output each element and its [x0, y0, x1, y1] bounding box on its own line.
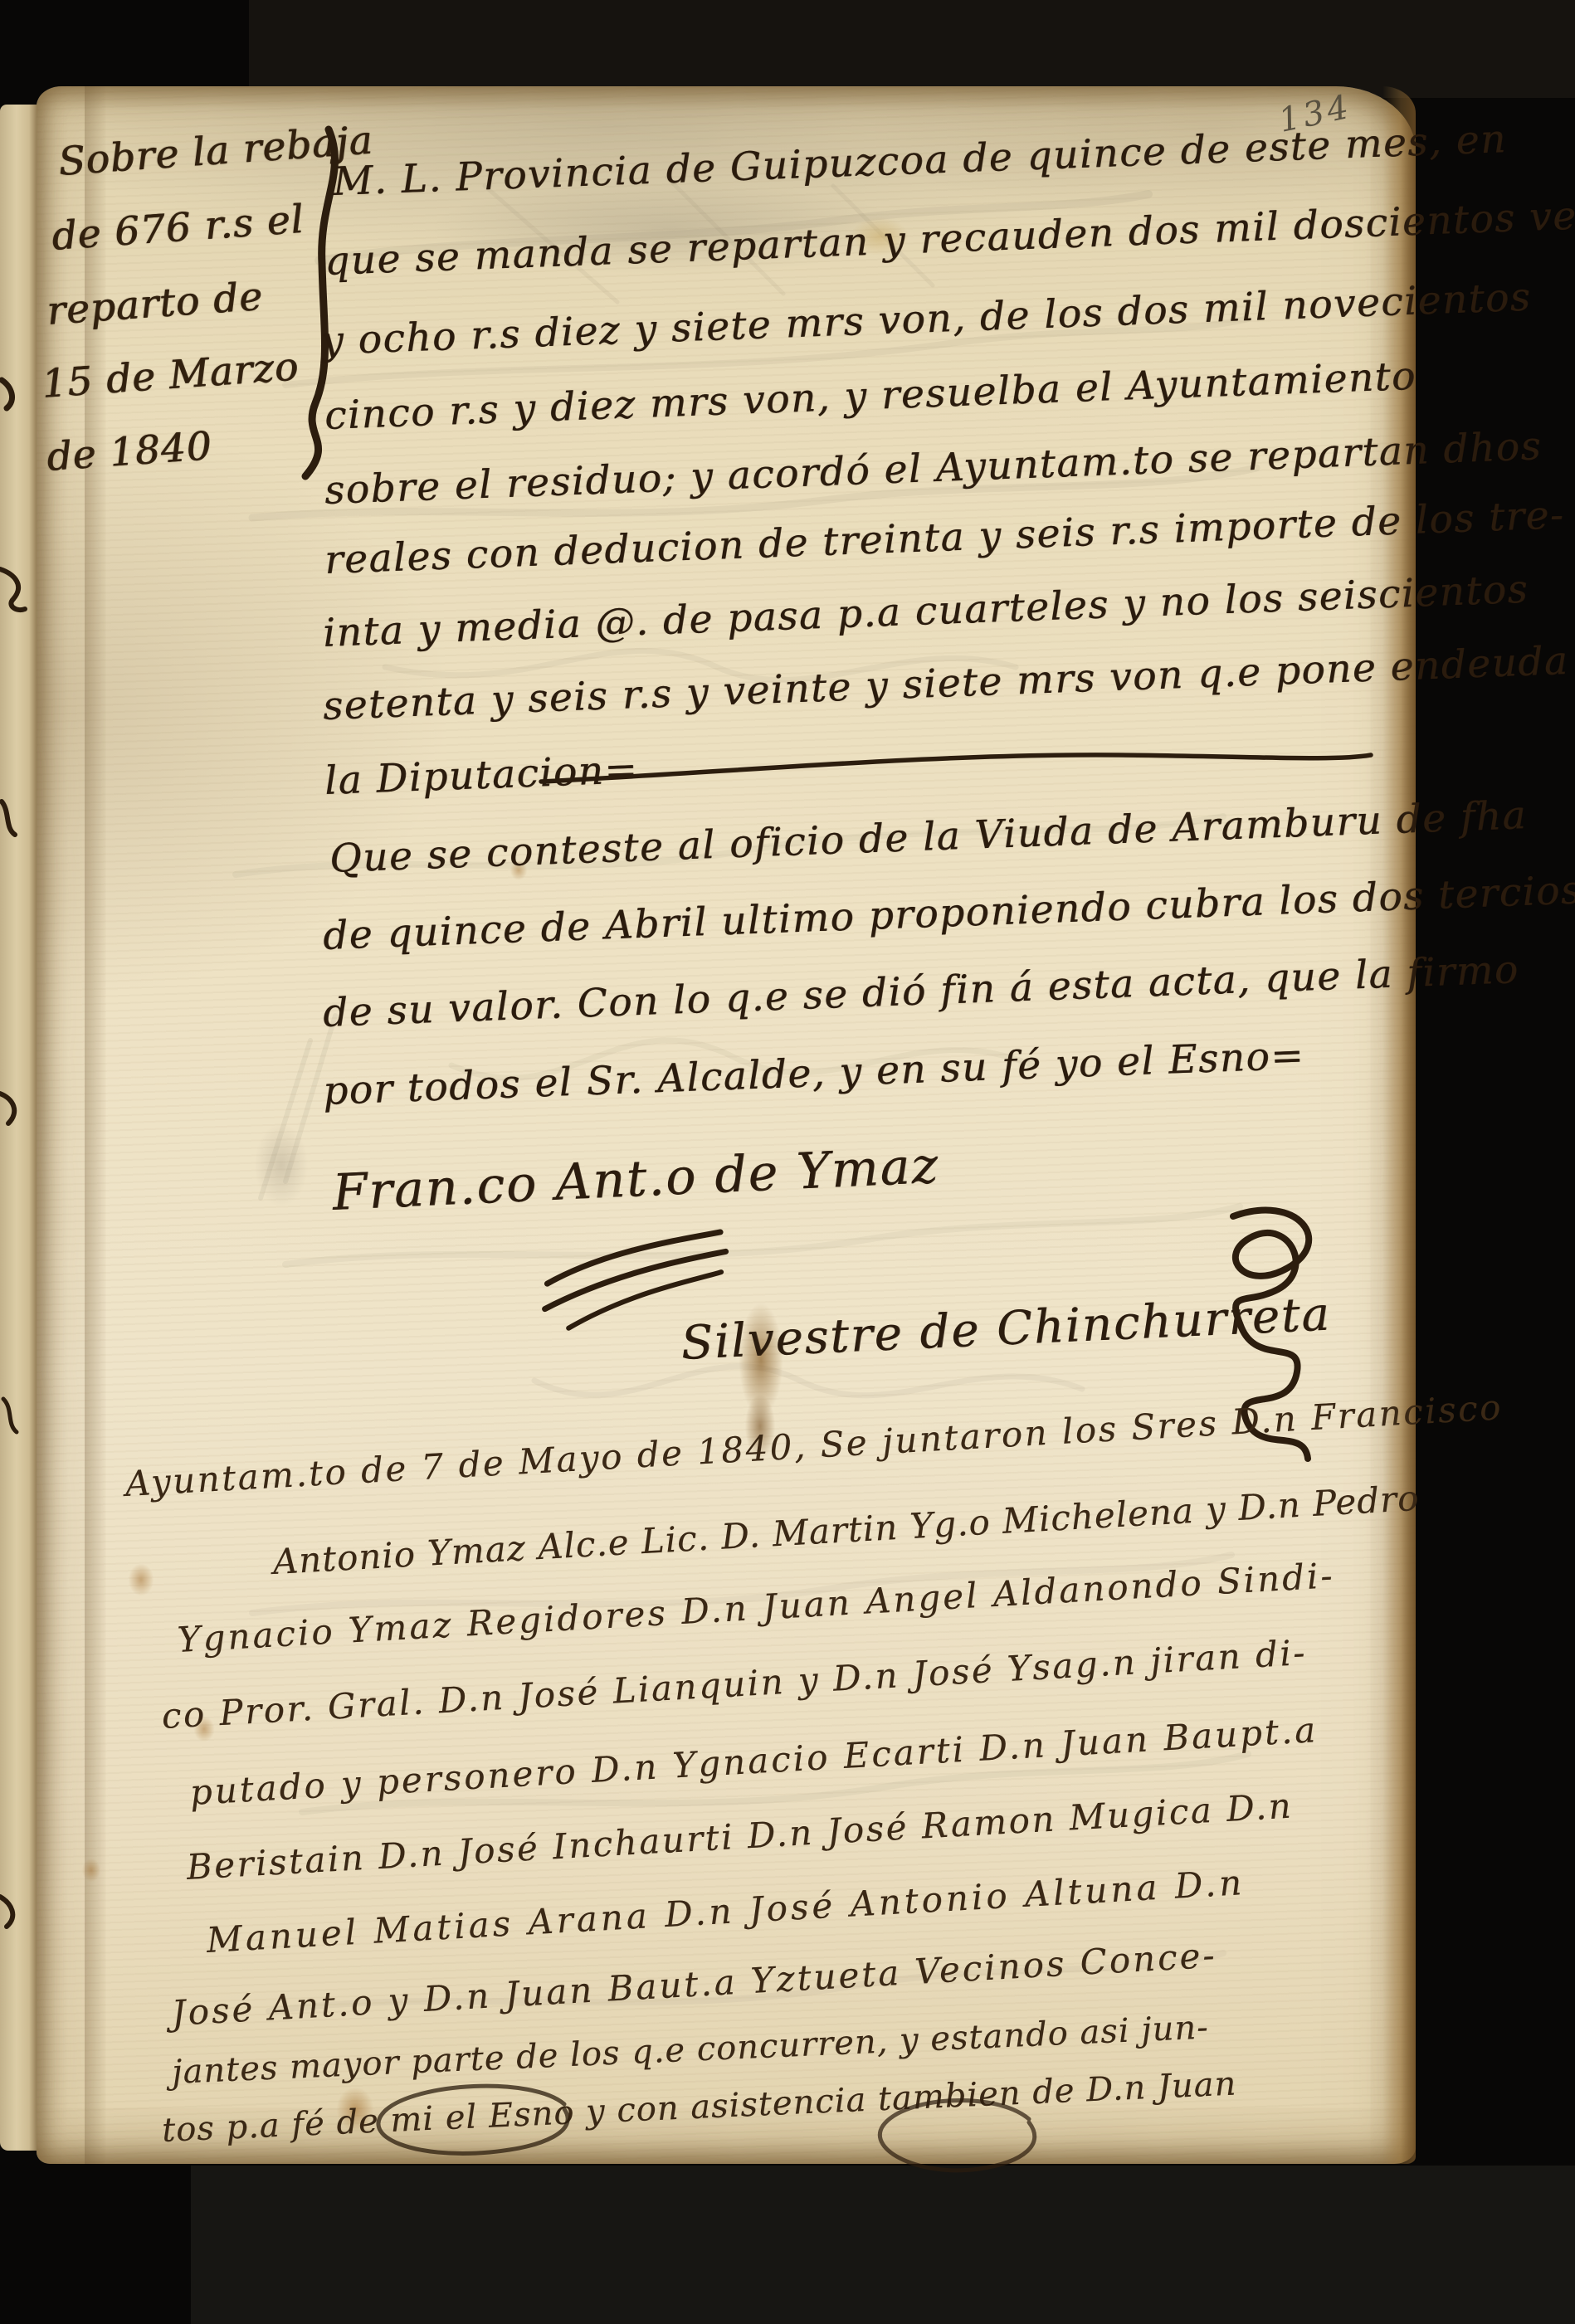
closing-rule [538, 745, 1376, 787]
backdrop-panel-bottom [191, 2166, 1575, 2324]
manuscript-scan: 134 Sobre la rebaja de 676 r.s el repart… [0, 0, 1575, 2324]
paraph-oval [365, 2079, 589, 2162]
underlying-page-edge [0, 105, 41, 2151]
margin-note-line: de 1840 [46, 426, 213, 477]
backdrop-panel-top [249, 0, 1575, 98]
neighbor-ink-marks [0, 105, 41, 2151]
paraph-oval [871, 2091, 1046, 2182]
